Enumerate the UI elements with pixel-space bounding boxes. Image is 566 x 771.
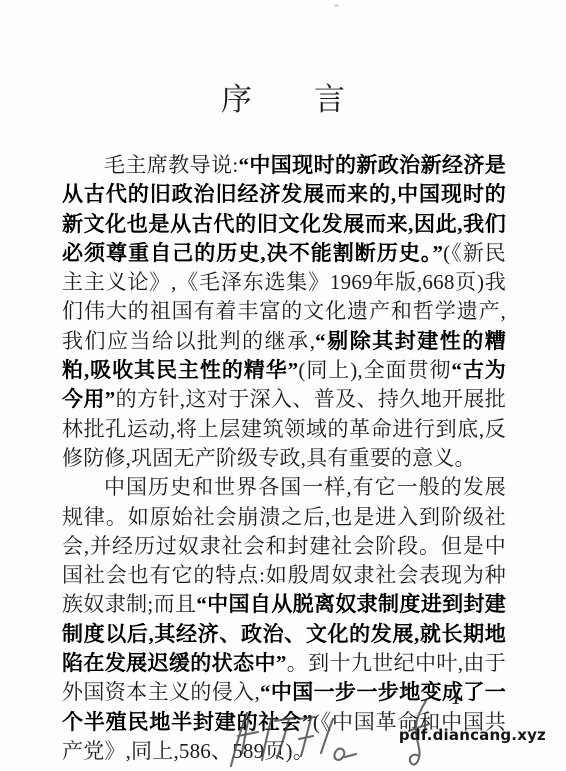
body-text-segment: 的方针,这对于深入、普及、持久地开展批林批孔运动,将上层建筑领域的革命进行到底,…: [62, 387, 506, 470]
body-text: 毛主席教导说:“中国现时的新政治新经济是从古代的旧政治旧经济发展而来的,中国现时…: [62, 151, 506, 766]
body-text-segment: (同上),全面贯彻: [298, 358, 451, 382]
watermark-text: pdf.diancang.xyz: [399, 726, 546, 744]
scanned-book-page: 序 言 毛主席教导说:“中国现时的新政治新经济是从古代的旧政治旧经济发展而来的,…: [0, 0, 566, 771]
paragraph: 毛主席教导说:“中国现时的新政治新经济是从古代的旧政治旧经济发展而来的,中国现时…: [62, 151, 506, 473]
scan-noise-speck: [334, 4, 339, 7]
body-text-segment: 毛主席教导说:: [104, 153, 238, 177]
page-title: 序 言: [0, 74, 566, 119]
